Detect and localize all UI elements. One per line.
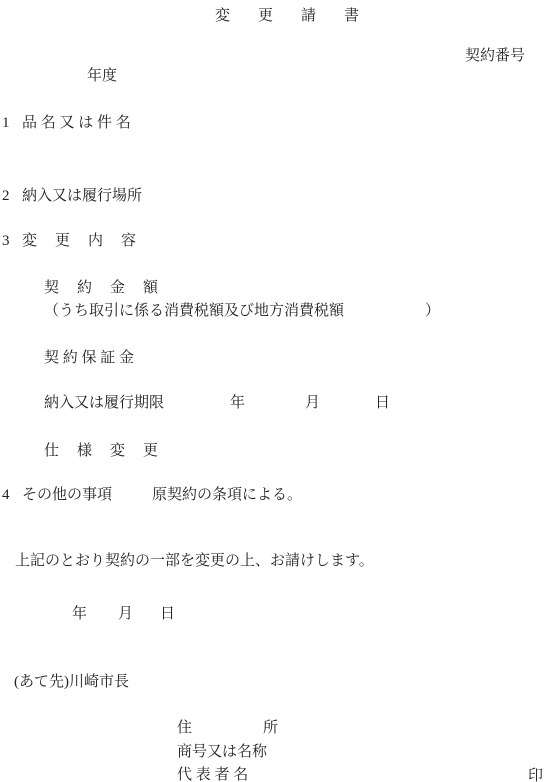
contract-amount-label: 契 約 金 額 (44, 280, 160, 297)
date-day-label: 日 (160, 606, 175, 623)
deadline-day-label: 日 (375, 395, 390, 412)
acceptance-statement: 上記のとおり契約の一部を変更の上、お請けします。 (15, 553, 374, 570)
item-2-number: 2 (2, 188, 10, 205)
company-name-label: 商号又は名称 (177, 744, 267, 761)
item-2-label: 納入又は履行場所 (22, 188, 142, 205)
item-4-number: 4 (2, 487, 10, 504)
document-page: 変 更 請 書 契約番号 年度 1 品 名 又 は 件 名 2 納入又は履行場所… (0, 0, 553, 782)
contract-bond-label: 契 約 保 証 金 (44, 350, 134, 367)
item-3-label: 変 更 内 容 (22, 233, 138, 250)
deadline-month-label: 月 (305, 395, 320, 412)
contract-number-label: 契約番号 (465, 48, 525, 65)
address-label-suffix: 所 (263, 720, 278, 737)
tax-note-label: （うち取引に係る消費税額及び地方消費税額 (44, 303, 344, 320)
fiscal-year-label: 年度 (87, 68, 117, 85)
item-1-label: 品 名 又 は 件 名 (22, 115, 131, 132)
deadline-year-label: 年 (230, 395, 245, 412)
spec-change-label: 仕 様 変 更 (44, 443, 160, 460)
addressee-label: (あて先)川崎市長 (14, 674, 129, 691)
representative-name-label: 代 表 者 名 (177, 767, 248, 782)
item-3-number: 3 (2, 233, 11, 250)
deadline-label: 納入又は履行期限 (44, 395, 164, 412)
date-year-label: 年 (72, 606, 87, 623)
date-month-label: 月 (118, 606, 133, 623)
item-4-value: 原契約の条項による。 (152, 487, 302, 504)
item-1-number: 1 (2, 115, 10, 132)
seal-mark: 印 (528, 768, 543, 782)
doc-title: 変 更 請 書 (215, 8, 366, 25)
item-4-label: その他の事項 (22, 487, 112, 504)
address-label: 住 (177, 720, 192, 737)
tax-note-close-paren: ） (425, 303, 440, 320)
